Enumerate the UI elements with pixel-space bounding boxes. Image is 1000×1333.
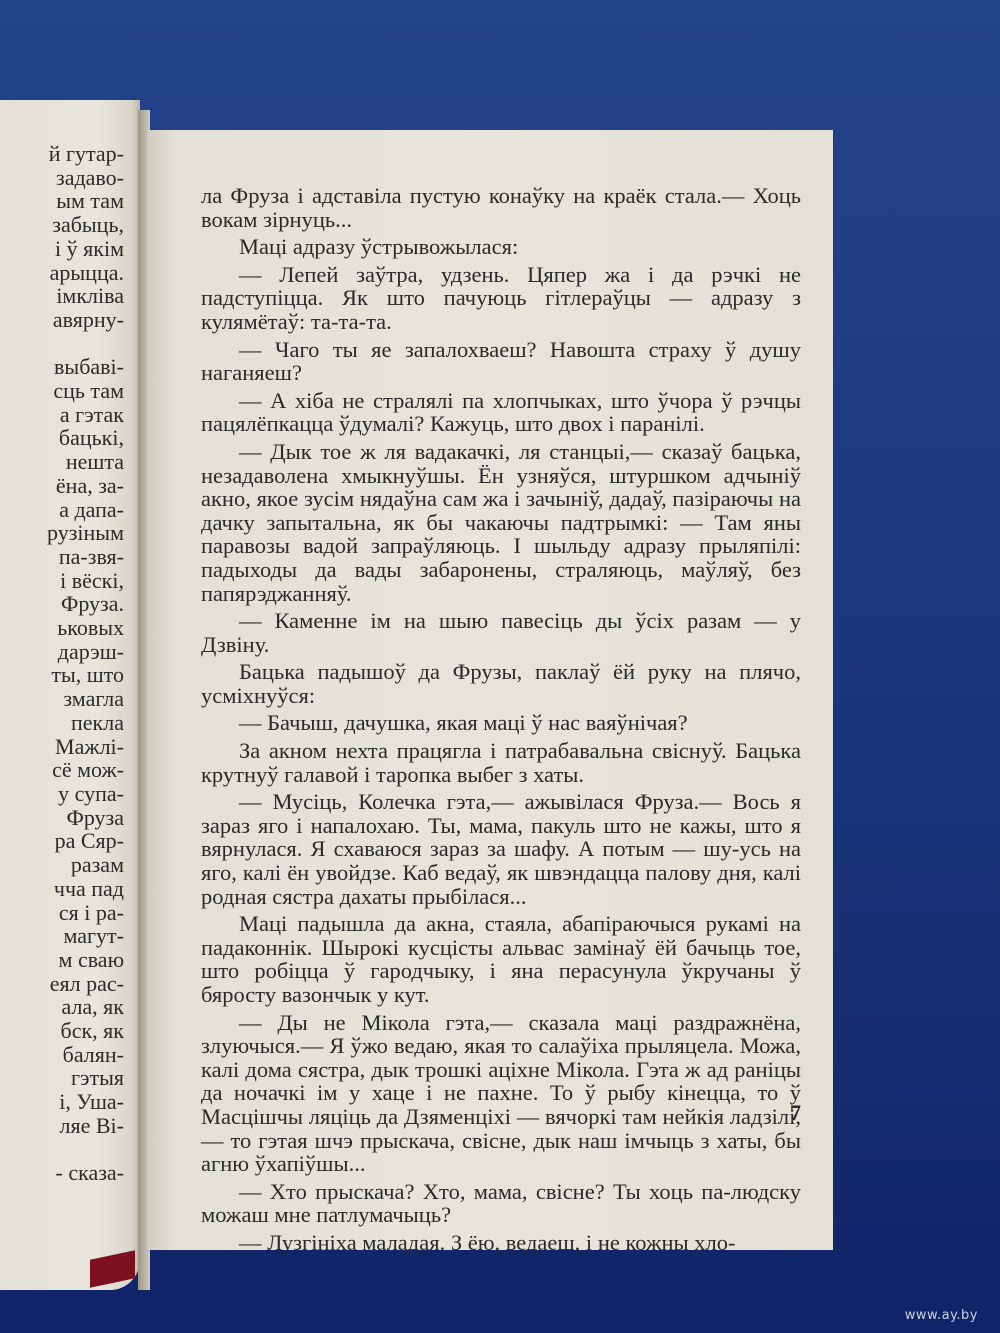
- left-page-line: забыць,: [47, 213, 124, 237]
- paragraph: — Лузгініха маладая. З ёю, ведаеш, і не …: [201, 1231, 801, 1255]
- left-page-line: [47, 1138, 124, 1162]
- left-page-line: ёна, за-: [47, 474, 124, 498]
- left-page-line: бацькі,: [47, 426, 124, 450]
- left-page-line: бск, як: [47, 1019, 124, 1043]
- left-page-line: Мажлі-: [47, 735, 124, 759]
- left-page-line: у супа-: [47, 782, 124, 806]
- page-body-text: ла Фруза і адставіла пустую конаўку на к…: [201, 184, 801, 1255]
- left-page-line: - сказа-: [47, 1161, 124, 1185]
- paragraph: ла Фруза і адставіла пустую конаўку на к…: [201, 184, 801, 231]
- left-page-line: ся і ра-: [47, 901, 124, 925]
- paragraph: — Мусіць, Колечка гэта,— ажывілася Фруза…: [201, 790, 801, 908]
- left-page-line: па-звя-: [47, 545, 124, 569]
- left-page-line: і, Уша-: [47, 1090, 124, 1114]
- paragraph: — Бачыш, дачушка, якая маці ў нас ваяўні…: [201, 711, 801, 735]
- left-page-line: магут-: [47, 924, 124, 948]
- left-page-text: й гутар-задаво-ым тамзабыць,і ў якімарыц…: [47, 142, 124, 1185]
- watermark: www.ay.by: [905, 1308, 978, 1323]
- left-page-line: разам: [47, 853, 124, 877]
- paragraph: — Ды не Мікола гэта,— сказала маці раздр…: [201, 1011, 801, 1176]
- left-page-line: еял рас-: [47, 972, 124, 996]
- left-page-line: і вёскі,: [47, 569, 124, 593]
- paragraph: — Каменне ім на шыю павесіць ды ўсіх раз…: [201, 609, 801, 656]
- left-page-line: сць там: [47, 379, 124, 403]
- left-page-line: ра Сяр-: [47, 829, 124, 853]
- left-page-line: нешта: [47, 450, 124, 474]
- left-page-line: ляе Ві-: [47, 1114, 124, 1138]
- left-page-line: сё мож-: [47, 758, 124, 782]
- left-page-line: ала, як: [47, 995, 124, 1019]
- left-page-line: й гутар-: [47, 142, 124, 166]
- left-page-line: авярну-: [47, 308, 124, 332]
- left-page-line: гэтыя: [47, 1066, 124, 1090]
- paragraph: — Хто прыскача? Хто, мама, свісне? Ты хо…: [201, 1180, 801, 1227]
- left-page-line: дарэш-: [47, 640, 124, 664]
- left-page-line: змагла: [47, 687, 124, 711]
- paragraph: — Дык тое ж ля вадакачкі, ля станцыі,— с…: [201, 440, 801, 605]
- paragraph: Маці падышла да акна, стаяла, абапіраючы…: [201, 912, 801, 1006]
- left-page-line: Фруза: [47, 806, 124, 830]
- paragraph: Бацька падышоў да Фрузы, паклаў ёй руку …: [201, 660, 801, 707]
- left-page-line: а гэтак: [47, 403, 124, 427]
- left-page-line: [47, 332, 124, 356]
- left-page: й гутар-задаво-ым тамзабыць,і ў якімарыц…: [0, 100, 140, 1290]
- left-page-line: імкліва: [47, 284, 124, 308]
- left-page-line: задаво-: [47, 166, 124, 190]
- left-page-line: выбаві-: [47, 355, 124, 379]
- left-page-line: м сваю: [47, 948, 124, 972]
- left-page-line: пекла: [47, 711, 124, 735]
- paragraph: — А хіба не стралялі па хлопчыках, што ў…: [201, 389, 801, 436]
- paragraph: За акном нехта працягла і патрабавальна …: [201, 739, 801, 786]
- paragraph: Маці адразу ўстрывожылася:: [201, 235, 801, 259]
- left-page-line: ьковых: [47, 616, 124, 640]
- page-number: 7: [790, 1100, 801, 1126]
- left-page-line: ым там: [47, 189, 124, 213]
- left-page-line: Фруза.: [47, 592, 124, 616]
- left-page-line: чча пад: [47, 877, 124, 901]
- left-page-line: а дапа-: [47, 498, 124, 522]
- right-page: ла Фруза і адставіла пустую конаўку на к…: [147, 130, 833, 1250]
- left-page-line: балян-: [47, 1043, 124, 1067]
- left-page-line: рузіным: [47, 521, 124, 545]
- left-page-line: арыцца.: [47, 261, 124, 285]
- paragraph: — Лепей заўтра, удзень. Цяпер жа і да рэ…: [201, 263, 801, 334]
- left-page-line: ты, што: [47, 663, 124, 687]
- left-page-line: і ў якім: [47, 237, 124, 261]
- paragraph: — Чаго ты яе запалохваеш? Навошта страху…: [201, 338, 801, 385]
